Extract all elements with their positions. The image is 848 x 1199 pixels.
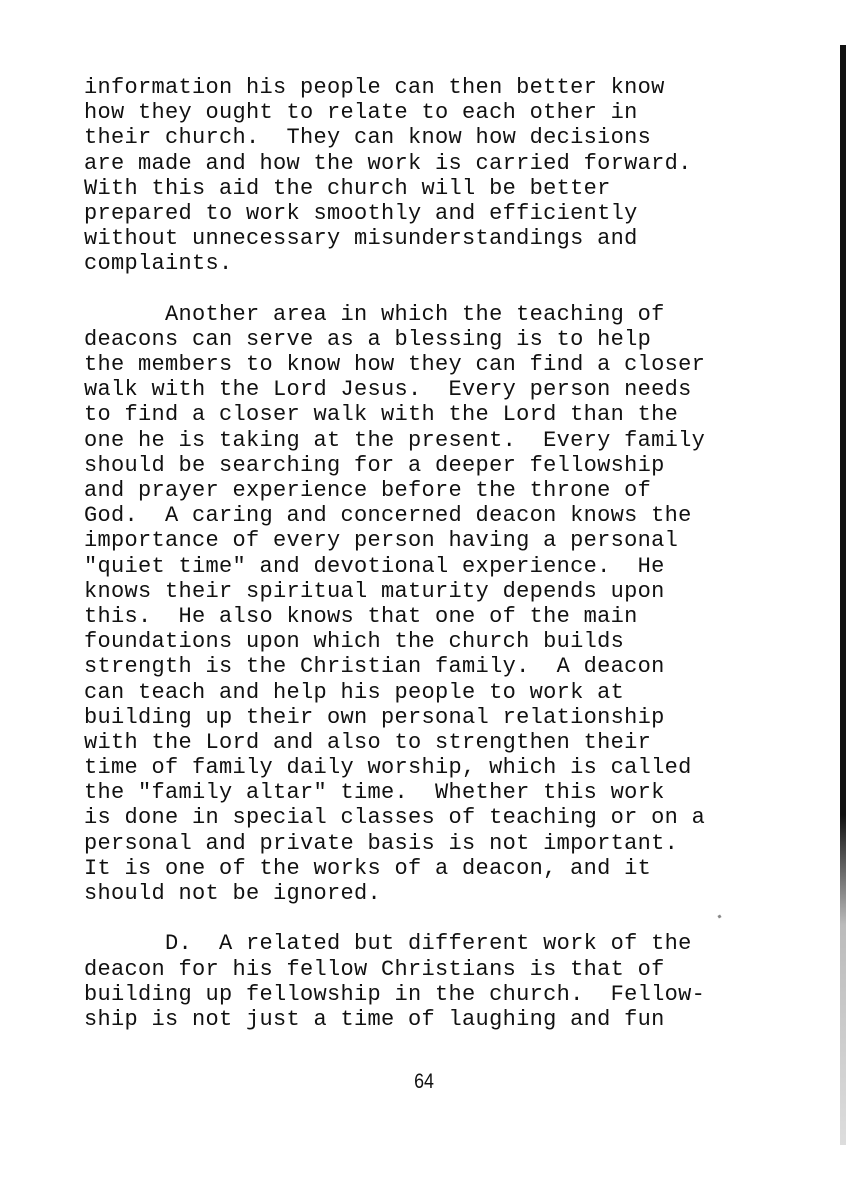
text-line: time of family daily worship, which is c… — [84, 755, 804, 780]
paragraph-gap — [84, 906, 804, 931]
text-line: their church. They can know how decision… — [84, 125, 804, 150]
text-line: building up their own personal relations… — [84, 705, 804, 730]
text-line: building up fellowship in the church. Fe… — [84, 982, 804, 1007]
text-line: can teach and help his people to work at — [84, 680, 804, 705]
text-line: "quiet time" and devotional experience. … — [84, 554, 804, 579]
text-line: knows their spiritual maturity depends u… — [84, 579, 804, 604]
text-line: should be searching for a deeper fellows… — [84, 453, 804, 478]
text-line: deacon for his fellow Christians is that… — [84, 957, 804, 982]
text-line: are made and how the work is carried for… — [84, 151, 804, 176]
text-line: It is one of the works of a deacon, and … — [84, 856, 804, 881]
text-line: the members to know how they can find a … — [84, 352, 804, 377]
text-line: D. A related but different work of the — [84, 931, 804, 956]
text-line: importance of every person having a pers… — [84, 528, 804, 553]
text-line: ship is not just a time of laughing and … — [84, 1007, 804, 1032]
text-line: and prayer experience before the throne … — [84, 478, 804, 503]
text-line: Another area in which the teaching of — [84, 302, 804, 327]
paragraph-section-d: D. A related but different work of thede… — [84, 931, 804, 1032]
text-line: prepared to work smoothly and efficientl… — [84, 201, 804, 226]
body-text: information his people can then better k… — [84, 75, 804, 1032]
text-line: With this aid the church will be better — [84, 176, 804, 201]
text-line: to find a closer walk with the Lord than… — [84, 402, 804, 427]
paragraph-gap — [84, 277, 804, 302]
text-line: complaints. — [84, 251, 804, 276]
document-page: information his people can then better k… — [0, 0, 848, 1199]
text-line: this. He also knows that one of the main — [84, 604, 804, 629]
text-line: strength is the Christian family. A deac… — [84, 654, 804, 679]
text-line: is done in special classes of teaching o… — [84, 805, 804, 830]
paragraph-another-area: Another area in which the teaching ofdea… — [84, 302, 804, 907]
page-number: 64 — [64, 1070, 785, 1094]
text-line: personal and private basis is not import… — [84, 831, 804, 856]
text-line: walk with the Lord Jesus. Every person n… — [84, 377, 804, 402]
text-line: should not be ignored. — [84, 881, 804, 906]
scan-edge-shadow — [840, 45, 846, 1145]
text-line: the "family altar" time. Whether this wo… — [84, 780, 804, 805]
text-line: without unnecessary misunderstandings an… — [84, 226, 804, 251]
text-line: deacons can serve as a blessing is to he… — [84, 327, 804, 352]
text-line: information his people can then better k… — [84, 75, 804, 100]
text-line: God. A caring and concerned deacon knows… — [84, 503, 804, 528]
text-line: how they ought to relate to each other i… — [84, 100, 804, 125]
paragraph-continuation: information his people can then better k… — [84, 75, 804, 277]
text-line: with the Lord and also to strengthen the… — [84, 730, 804, 755]
text-line: foundations upon which the church builds — [84, 629, 804, 654]
text-line: one he is taking at the present. Every f… — [84, 428, 804, 453]
